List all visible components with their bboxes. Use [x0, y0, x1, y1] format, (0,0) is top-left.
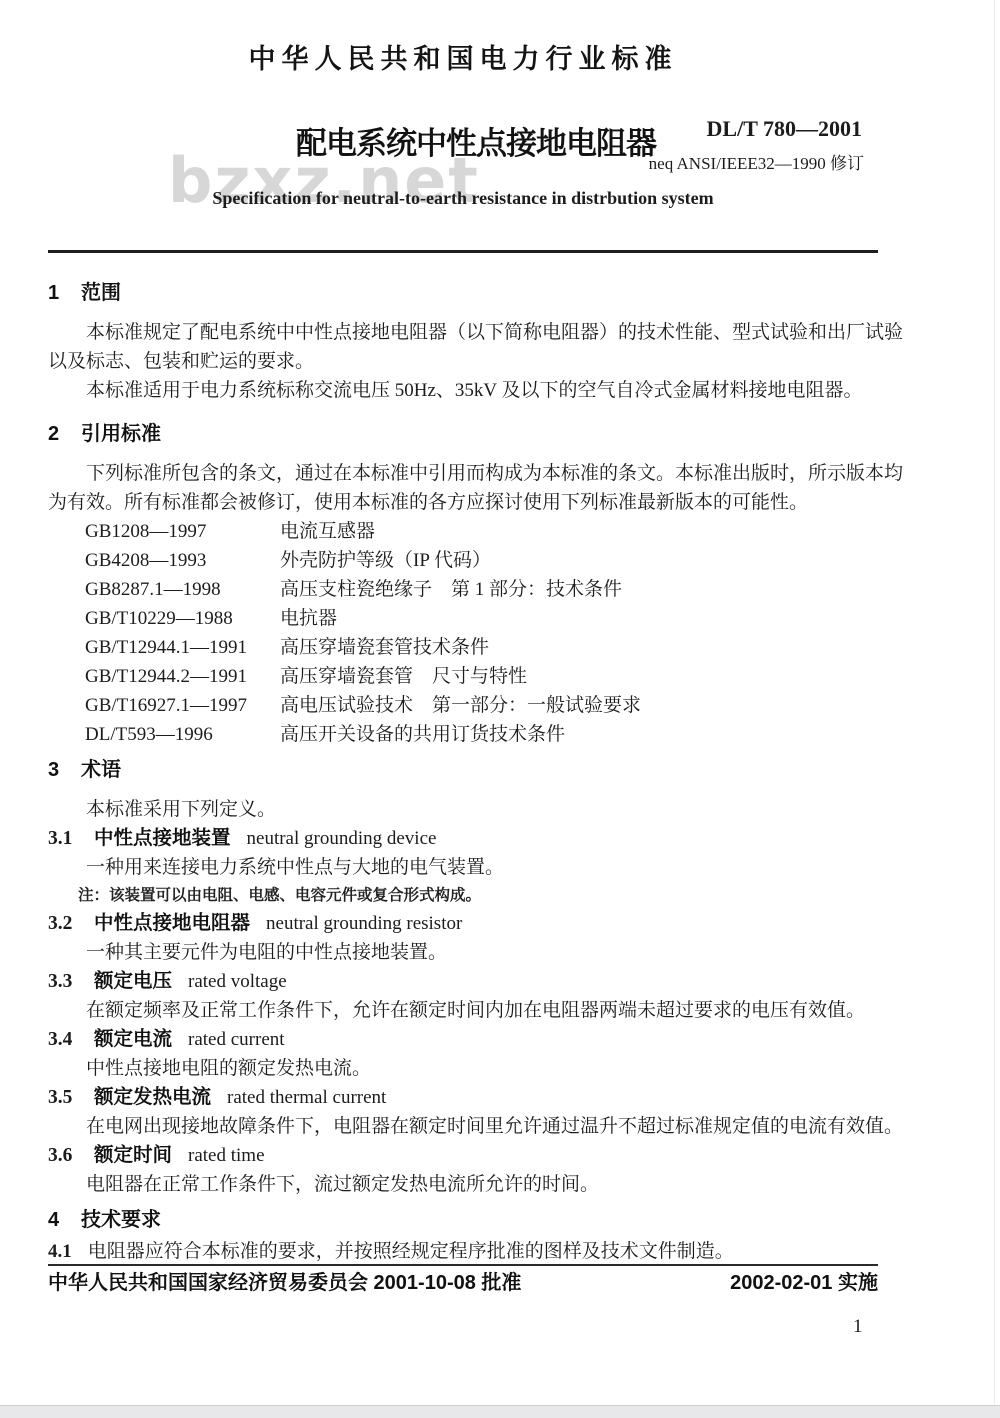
section-1-paragraph-1-line-2: 以及标志、包装和贮运的要求。: [48, 347, 878, 376]
reference-row: GB1208—1997 电流互感器: [48, 517, 878, 546]
term-number: 3.1: [48, 824, 94, 853]
term-3-4-heading: 3.4额定电流rated current: [48, 1025, 878, 1054]
reference-title: 电流互感器: [280, 517, 375, 546]
section-2-paragraph-line-2: 为有效。所有标准都会被修订，使用本标准的各方应探讨使用下列标准最新版本的可能性。: [48, 488, 878, 517]
reference-code: GB/T12944.2—1991: [85, 662, 280, 691]
reference-row: GB/T16927.1—1997 高电压试验技术 第一部分：一般试验要求: [48, 691, 878, 720]
header-rule: [48, 250, 878, 253]
revision-note: neq ANSI/IEEE32—1990 修订: [649, 149, 864, 174]
term-number: 3.3: [48, 967, 94, 996]
section-2-number: 2: [48, 421, 81, 447]
section-4-title: 技术要求: [81, 1209, 161, 1231]
section-2-heading: 2引用标准: [48, 421, 878, 447]
reference-row: GB4208—1993 外壳防护等级（IP 代码）: [48, 546, 878, 575]
reference-row: GB8287.1—1998 高压支柱瓷绝缘子 第 1 部分：技术条件: [48, 575, 878, 604]
term-name-cn: 中性点接地电阻器: [94, 912, 250, 934]
section-3-intro: 本标准采用下列定义。: [48, 795, 878, 824]
term-name-en: rated thermal current: [227, 1087, 386, 1108]
document-title-en: Specification for neutral-to-earth resis…: [48, 186, 878, 210]
reference-title: 高压穿墙瓷套管 尺寸与特性: [280, 662, 527, 691]
footer-rule: [48, 1264, 878, 1266]
reference-row: GB/T12944.1—1991 高压穿墙瓷套管技术条件: [48, 633, 878, 662]
scan-edge-line: [994, 0, 995, 1418]
section-1-title: 范围: [81, 282, 121, 304]
term-number: 3.6: [48, 1141, 94, 1170]
section-4-number: 4: [48, 1207, 81, 1233]
term-name-cn: 额定发热电流: [94, 1086, 211, 1108]
section-4-heading: 4技术要求: [48, 1207, 878, 1233]
term-3-4-definition: 中性点接地电阻的额定发热电流。: [48, 1054, 878, 1083]
standard-type-title: 中华人民共和国电力行业标准: [48, 42, 878, 76]
term-3-6-heading: 3.6额定时间rated time: [48, 1141, 878, 1170]
term-3-5-heading: 3.5额定发热电流rated thermal current: [48, 1083, 878, 1112]
term-name-cn: 中性点接地装置: [94, 827, 231, 849]
section-2-title: 引用标准: [81, 423, 161, 445]
standard-number: DL/T 780—2001: [707, 116, 862, 142]
term-name-cn: 额定电流: [94, 1028, 172, 1050]
title-row: 配电系统中性点接地电阻器 DL/T 780—2001 neq ANSI/IEEE…: [48, 116, 878, 210]
clause-4-1-number: 4.1: [48, 1241, 72, 1262]
term-name-en: rated time: [188, 1145, 265, 1166]
term-3-1-note: 注：该装置可以由电阻、电感、电容元件或复合形式构成。: [48, 882, 878, 909]
section-3-heading: 3术语: [48, 757, 878, 783]
reference-title: 高压穿墙瓷套管技术条件: [280, 633, 489, 662]
reference-code: DL/T593—1996: [85, 720, 280, 749]
reference-title: 高电压试验技术 第一部分：一般试验要求: [280, 691, 641, 720]
clause-4-1: 4.1电阻器应符合本标准的要求，并按照经规定程序批准的图样及技术文件制造。: [48, 1239, 878, 1265]
term-3-2-definition: 一种其主要元件为电阻的中性点接地装置。: [48, 938, 878, 967]
page-number: 1: [853, 1316, 863, 1338]
reference-row: GB/T10229—1988 电抗器: [48, 604, 878, 633]
term-number: 3.4: [48, 1025, 94, 1054]
document-title-cn: 配电系统中性点接地电阻器: [296, 118, 656, 163]
reference-code: GB4208—1993: [85, 546, 280, 575]
term-name-en: neutral grounding resistor: [266, 913, 462, 934]
reference-row: GB/T12944.2—1991 高压穿墙瓷套管 尺寸与特性: [48, 662, 878, 691]
term-name-cn: 额定时间: [94, 1144, 172, 1166]
document-page: bzxz.net 中华人民共和国电力行业标准 配电系统中性点接地电阻器 DL/T…: [0, 0, 1000, 1418]
term-3-1-heading: 3.1中性点接地装置neutral grounding device: [48, 824, 878, 853]
term-name-en: rated current: [188, 1029, 285, 1050]
footer: 中华人民共和国国家经济贸易委员会 2001-10-08 批准 2002-02-0…: [48, 1270, 878, 1296]
term-3-2-heading: 3.2中性点接地电阻器neutral grounding resistor: [48, 909, 878, 938]
page-content: 中华人民共和国电力行业标准 配电系统中性点接地电阻器 DL/T 780—2001…: [48, 0, 878, 1265]
term-3-5-definition: 在电网出现接地故障条件下，电阻器在额定时间里允许通过温升不超过标准规定值的电流有…: [48, 1112, 878, 1141]
reference-title: 高压支柱瓷绝缘子 第 1 部分：技术条件: [280, 575, 622, 604]
reference-title: 高压开关设备的共用订货技术条件: [280, 720, 565, 749]
section-3-title: 术语: [81, 759, 121, 781]
reference-code: GB/T16927.1—1997: [85, 691, 280, 720]
term-3-6-definition: 电阻器在正常工作条件下，流过额定发热电流所允许的时间。: [48, 1170, 878, 1199]
term-3-1-definition: 一种用来连接电力系统中性点与大地的电气装置。: [48, 853, 878, 882]
term-name-en: neutral grounding device: [247, 828, 437, 849]
term-3-3-definition: 在额定频率及正常工作条件下，允许在额定时间内加在电阻器两端未超过要求的电压有效值…: [48, 996, 878, 1025]
reference-row: DL/T593—1996 高压开关设备的共用订货技术条件: [48, 720, 878, 749]
clause-4-1-text: 电阻器应符合本标准的要求，并按照经规定程序批准的图样及技术文件制造。: [88, 1241, 734, 1262]
term-name-cn: 额定电压: [94, 970, 172, 992]
reference-code: GB8287.1—1998: [85, 575, 280, 604]
reference-title: 电抗器: [280, 604, 337, 633]
section-1-paragraph-2: 本标准适用于电力系统标称交流电压 50Hz、35kV 及以下的空气自冷式金属材料…: [48, 376, 878, 405]
reference-code: GB/T12944.1—1991: [85, 633, 280, 662]
term-name-en: rated voltage: [188, 971, 287, 992]
term-number: 3.5: [48, 1083, 94, 1112]
section-1-paragraph-1-line-1: 本标准规定了配电系统中中性点接地电阻器（以下简称电阻器）的技术性能、型式试验和出…: [48, 318, 878, 347]
section-2-paragraph-line-1: 下列标准所包含的条文，通过在本标准中引用而构成为本标准的条文。本标准出版时，所示…: [48, 459, 878, 488]
bottom-scan-bar: [0, 1405, 1000, 1418]
term-number: 3.2: [48, 909, 94, 938]
section-3-number: 3: [48, 757, 81, 783]
reference-code: GB1208—1997: [85, 517, 280, 546]
approval-statement: 中华人民共和国国家经济贸易委员会 2001-10-08 批准: [48, 1270, 521, 1296]
section-1-heading: 1范围: [48, 280, 878, 306]
reference-title: 外壳防护等级（IP 代码）: [280, 546, 491, 575]
implementation-date: 2002-02-01 实施: [730, 1270, 878, 1296]
reference-code: GB/T10229—1988: [85, 604, 280, 633]
section-1-number: 1: [48, 280, 81, 306]
term-3-3-heading: 3.3额定电压rated voltage: [48, 967, 878, 996]
